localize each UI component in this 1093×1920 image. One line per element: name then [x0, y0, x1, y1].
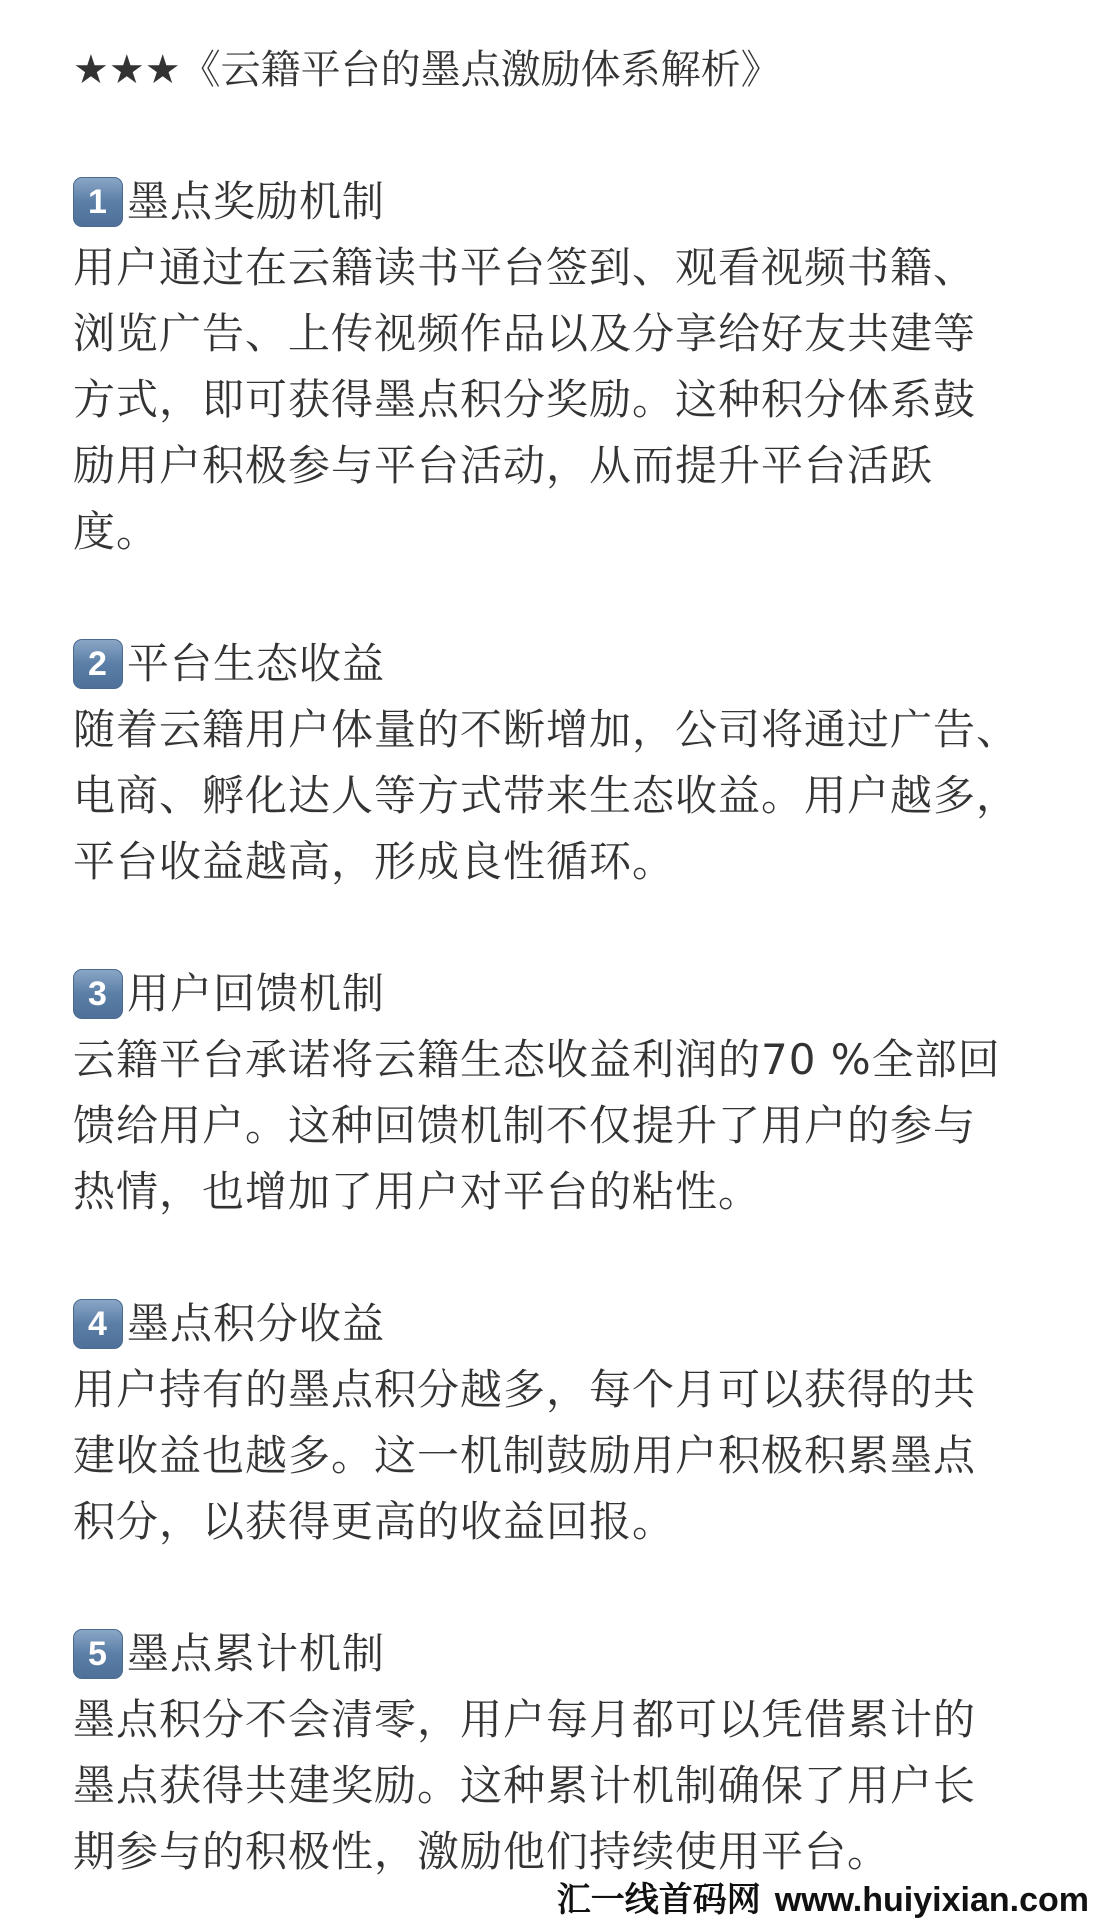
heading-text: 平台生态收益: [127, 631, 385, 697]
paragraph-line: 浏览广告、上传视频作品以及分享给好友共建等: [73, 301, 1073, 367]
keycap-number-icon: 1: [73, 177, 123, 227]
keycap-number-icon: 5: [73, 1629, 123, 1679]
section-2: 2 平台生态收益 随着云籍用户体量的不断增加，公司将通过广告、 电商、孵化达人等…: [73, 631, 1073, 895]
heading-text: 墨点累计机制: [127, 1621, 385, 1687]
paragraph-line: 用户通过在云籍读书平台签到、观看视频书籍、: [73, 235, 1073, 301]
keycap-number-icon: 3: [73, 969, 123, 1019]
paragraph-line: 墨点积分不会清零，用户每月都可以凭借累计的: [73, 1687, 1073, 1753]
spacer: [73, 1555, 1073, 1621]
paragraph-line: 随着云籍用户体量的不断增加，公司将通过广告、: [73, 697, 1073, 763]
keycap-number-icon: 4: [73, 1299, 123, 1349]
watermark-site-name: 汇一线首码网: [557, 1881, 761, 1919]
spacer: [73, 565, 1073, 631]
paragraph-line: 热情，也增加了用户对平台的粘性。: [73, 1159, 1073, 1225]
section-3: 3 用户回馈机制 云籍平台承诺将云籍生态收益利润的70 %全部回 馈给用户。这种…: [73, 961, 1073, 1225]
section-heading: 2 平台生态收益: [73, 631, 1073, 697]
section-4: 4 墨点积分收益 用户持有的墨点积分越多，每个月可以获得的共 建收益也越多。这一…: [73, 1291, 1073, 1555]
paragraph-line: 云籍平台承诺将云籍生态收益利润的70 %全部回: [73, 1027, 1073, 1093]
spacer: [73, 103, 1073, 169]
paragraph-line: 用户持有的墨点积分越多，每个月可以获得的共: [73, 1357, 1073, 1423]
section-5: 5 墨点累计机制 墨点积分不会清零，用户每月都可以凭借累计的 墨点获得共建奖励。…: [73, 1621, 1073, 1885]
document: ★★★《云籍平台的墨点激励体系解析》 1 墨点奖励机制 用户通过在云籍读书平台签…: [73, 37, 1073, 1885]
section-heading: 5 墨点累计机制: [73, 1621, 1073, 1687]
paragraph-line: 建收益也越多。这一机制鼓励用户积极积累墨点: [73, 1423, 1073, 1489]
document-title: ★★★《云籍平台的墨点激励体系解析》: [73, 37, 1073, 103]
section-heading: 3 用户回馈机制: [73, 961, 1073, 1027]
paragraph-line: 励用户积极参与平台活动，从而提升平台活跃: [73, 433, 1073, 499]
spacer: [73, 1225, 1073, 1291]
paragraph-line: 墨点获得共建奖励。这种累计机制确保了用户长: [73, 1753, 1073, 1819]
star-icon: ★★★: [73, 47, 181, 93]
paragraph-line: 方式，即可获得墨点积分奖励。这种积分体系鼓: [73, 367, 1073, 433]
paragraph-line: 电商、孵化达人等方式带来生态收益。用户越多，: [73, 763, 1073, 829]
heading-text: 墨点积分收益: [127, 1291, 385, 1357]
paragraph-line: 度。: [73, 499, 1073, 565]
paragraph-line: 平台收益越高，形成良性循环。: [73, 829, 1073, 895]
spacer: [73, 895, 1073, 961]
section-heading: 4 墨点积分收益: [73, 1291, 1073, 1357]
paragraph-line: 馈给用户。这种回馈机制不仅提升了用户的参与: [73, 1093, 1073, 1159]
section-heading: 1 墨点奖励机制: [73, 169, 1073, 235]
keycap-number-icon: 2: [73, 639, 123, 689]
watermark-url: www.huiyixian.com: [775, 1881, 1089, 1919]
paragraph-line: 积分，以获得更高的收益回报。: [73, 1489, 1073, 1555]
title-text: 《云籍平台的墨点激励体系解析》: [181, 47, 781, 93]
watermark: 汇一线首码网www.huiyixian.com: [557, 1872, 1089, 1920]
heading-text: 用户回馈机制: [127, 961, 385, 1027]
heading-text: 墨点奖励机制: [127, 169, 385, 235]
section-1: 1 墨点奖励机制 用户通过在云籍读书平台签到、观看视频书籍、 浏览广告、上传视频…: [73, 169, 1073, 565]
